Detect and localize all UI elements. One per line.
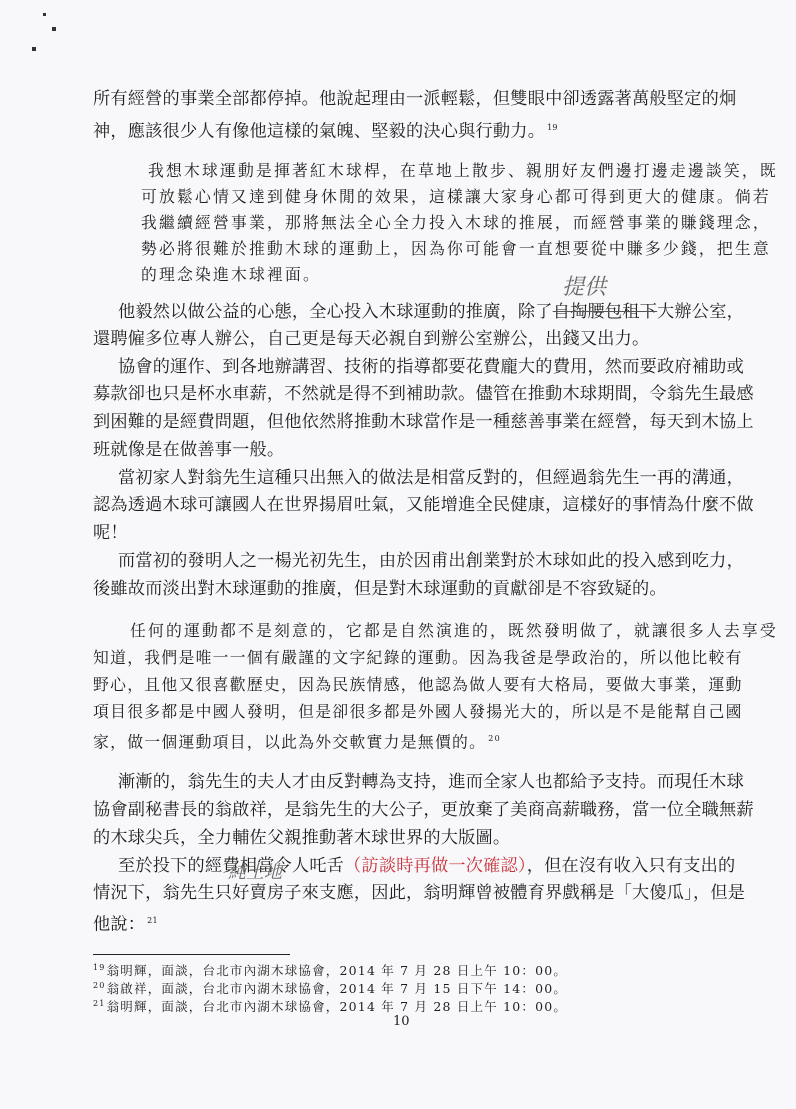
block-quote-line: 可放鬆心情又達到健身休閒的效果，這樣讓大家身心都可得到更大的健康。倘若 [141,185,771,209]
paragraph-line: 認為透過木球可讓國人在世界揚眉吐氣，又能增進全民健康，這樣好的事情為什麼不做 [93,493,754,517]
paragraph-line: 神，應該很少人有像他這樣的氣魄、堅毅的決心與行動力。19 [93,116,558,144]
text: 神，應該很少人有像他這樣的氣魄、堅毅的決心與行動力。 [93,122,545,142]
footnote-number: 20 [93,981,106,990]
paragraph-line: 他毅然以做公益的心態，全心投入木球運動的推廣，除了自掏腰包租下大辦公室， [118,300,744,324]
block-quote-line: 我繼續經營事業，那將無法全心全力投入木球的推展，而經營事業的賺錢理念， [141,211,771,235]
struck-text: 自掏腰包租下 [553,302,657,322]
paragraph-line: 漸漸的，翁先生的夫人才由反對轉為支持，進而全家人也都給予支持。而現任木球 [118,770,744,794]
block-quote-line: 任何的運動都不是刻意的，它都是自然演進的，既然發明做了，就讓很多人去享受 [130,619,778,643]
paragraph-line: 所有經營的事業全部都停掉。他說起理由一派輕鬆，但雙眼中卻透露著萬般堅定的炯 [93,87,736,111]
paragraph-line: 而當初的發明人之一楊光初先生，由於因甫出創業對於木球如此的投入感到吃力， [118,549,744,573]
footnote: 21翁明輝，面談，台北市內湖木球協會，2014 年 7 月 28 日上午 10：… [93,997,567,1015]
paragraph-line: 協會的運作、到各地辦講習、技術的指導都要花費龐大的費用，然而要政府補助或 [118,355,744,379]
text: 家，做一個運動項目，以此為外交軟實力是無價的。 [93,732,486,751]
document-page: 所有經營的事業全部都停掉。他說起理由一派輕鬆，但雙眼中卻透露著萬般堅定的炯 神，… [0,0,796,1109]
footnote: 19翁明輝，面談，台北市內湖木球協會，2014 年 7 月 28 日上午 10：… [93,961,567,979]
block-quote-line: 家，做一個運動項目，以此為外交軟實力是無價的。20 [93,727,501,754]
handwritten-note: 純土地 [228,858,282,884]
footnote-number: 19 [93,963,106,972]
paragraph-line: 還聘僱多位專人辦公，自己更是每天必親自到辦公室辦公，出錢又出力。 [93,327,649,351]
text: 他毅然以做公益的心態，全心投入木球運動的推廣，除了 [118,302,553,322]
block-quote-line: 野心，且他又很喜歡歷史，因為民族情感，他認為做人要有大格局，要做大事業，運動 [93,673,743,697]
page-number: 10 [393,1014,410,1029]
block-quote-line: 我想木球運動是揮著紅木球桿，在草地上散步、親朋好友們邊打邊走邊談笑，既 [148,159,778,183]
footnote-ref[interactable]: 19 [547,123,558,132]
block-quote-line: 項目很多都是中國人發明，但是卻很多都是外國人發揚光大的，所以是不是能幫自己國 [93,700,743,724]
paragraph-line: 募款卻也只是杯水車薪，不然就是得不到補助款。儘管在推動木球期間，令翁先生最感 [93,382,754,406]
paragraph-line: 至於投下的經費相當令人吒舌（訪談時再做一次確認），但在沒有收入只有支出的 [118,854,735,878]
footnote-ref[interactable]: 20 [488,734,501,743]
text: 他說： [93,915,145,935]
footnote: 20翁啟祥，面談，台北市內湖木球協會，2014 年 7 月 15 日下午 14：… [93,979,567,997]
editor-note: （訪談時再做一次確認） [344,856,527,876]
text: ，但在沒有收入只有支出的 [527,856,736,876]
paragraph-line: 後雖故而淡出對木球運動的推廣，但是對木球運動的貢獻卻是不容致疑的。 [93,577,667,601]
footnote-ref[interactable]: 21 [147,916,158,925]
paragraph-line: 呢！ [93,521,128,545]
footnote-number: 21 [93,999,106,1008]
paragraph-line: 當初家人對翁先生這種只出無入的做法是相當反對的，但經過翁先生一再的溝通， [118,466,744,490]
block-quote-line: 的理念染進木球裡面。 [141,263,321,287]
block-quote-line: 勢必將很難於推動木球的運動上，因為你可能會一直想要從中賺多少錢，把生意 [141,237,771,261]
scan-mark [43,13,46,16]
scan-mark [52,27,56,31]
paragraph-line: 到困難的是經費問題，但他依然將推動木球當作是一種慈善事業在經營，每天到木協上 [93,410,754,434]
paragraph-line: 班就像是在做善事一般。 [93,438,284,462]
footnote-text: 翁明輝，面談，台北市內湖木球協會，2014 年 7 月 28 日上午 10：00… [107,963,568,978]
block-quote-line: 知道，我們是唯一一個有嚴謹的文字紀錄的運動。因為我爸是學政治的，所以他比較有 [93,646,743,670]
scan-mark [32,47,36,51]
paragraph-line: 情況下，翁先生只好賣房子來支應，因此，翁明輝曾被體育界戲稱是「大傻瓜」，但是 [93,881,745,905]
paragraph-line: 協會副秘書長的翁啟祥，是翁先生的大公子，更放棄了美商高薪職務，當一位全職無薪 [93,798,754,822]
footnote-text: 翁啟祥，面談，台北市內湖木球協會，2014 年 7 月 15 日下午 14：00… [107,981,568,996]
handwritten-insert: 提供 [562,270,606,301]
footnote-divider [93,954,290,955]
paragraph-line: 他說：21 [93,909,158,937]
paragraph-line: 的木球尖兵，全力輔佐父親推動著木球世界的大版圖。 [93,826,510,850]
footnote-text: 翁明輝，面談，台北市內湖木球協會，2014 年 7 月 28 日上午 10：00… [107,999,568,1014]
text: 大辦公室， [657,302,744,322]
